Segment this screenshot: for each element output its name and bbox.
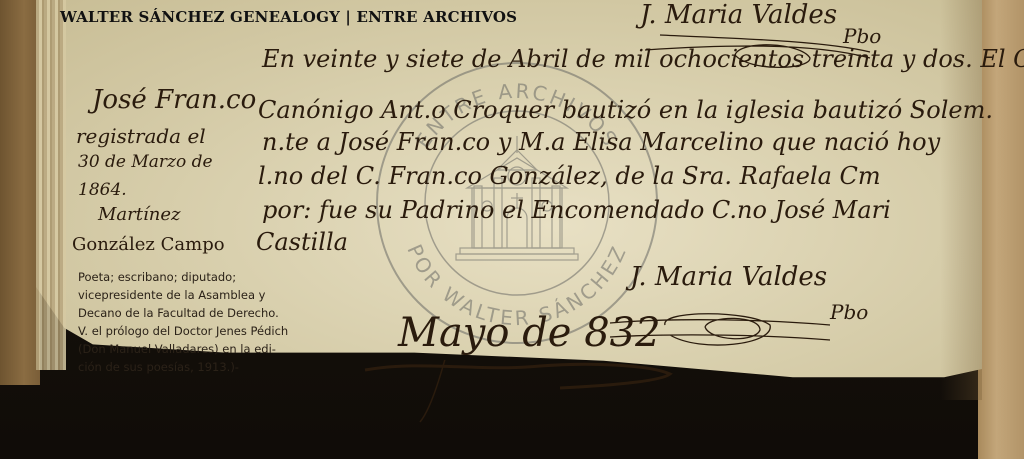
margin-note-line: V. el prólogo del Doctor Jenes Pédich <box>78 324 288 338</box>
margin-name: José Fran.co <box>92 85 256 115</box>
margin-note-line: ción de sus poesías, 1913.)- <box>78 360 239 374</box>
signature-bottom: J. Maria Valdes <box>630 262 827 292</box>
margin-note-line: Poeta; escribano; diputado; <box>78 270 236 284</box>
book-cover-left <box>0 0 40 385</box>
body-line: Castilla <box>256 228 348 256</box>
margin-note-line: vicepresidente de la Asamblea y <box>78 288 265 302</box>
margin-date-line-2: 1864. <box>78 180 127 200</box>
body-line: por: fue su Padrino el Encomendado C.no … <box>262 196 891 224</box>
body-line: En veinte y siete de Abril de mil ochoci… <box>262 45 1024 73</box>
margin-note-line: Decano de la Facultad de Derecho. <box>78 306 279 320</box>
site-title: WALTER SÁNCHEZ GENEALOGY | ENTRE ARCHIVO… <box>60 8 517 26</box>
margin-surname-1: Martínez <box>98 204 181 225</box>
margin-date-line-1: 30 de Marzo de <box>78 152 213 172</box>
signature-top: J. Maria Valdes <box>640 0 837 30</box>
page-edges <box>36 0 66 370</box>
footer-date: Mayo de 832 <box>398 310 661 356</box>
margin-registered: registrada el <box>76 124 206 148</box>
margin-surname-2: González Campo <box>72 234 225 255</box>
margin-note-line: (Don Manuel Valladares) en la edi- <box>78 342 276 356</box>
document-scan: WALTER SÁNCHEZ GENEALOGY | ENTRE ARCHIVO… <box>0 0 1024 459</box>
body-line: l.no del C. Fran.co González, de la Sra.… <box>258 162 881 190</box>
body-line: n.te a José Fran.co y M.a Elisa Marcelin… <box>262 128 940 156</box>
rubric-bottom: Pbo <box>830 300 868 324</box>
body-line: Canónigo Ant.o Croquer bautizó en la igl… <box>258 96 993 124</box>
